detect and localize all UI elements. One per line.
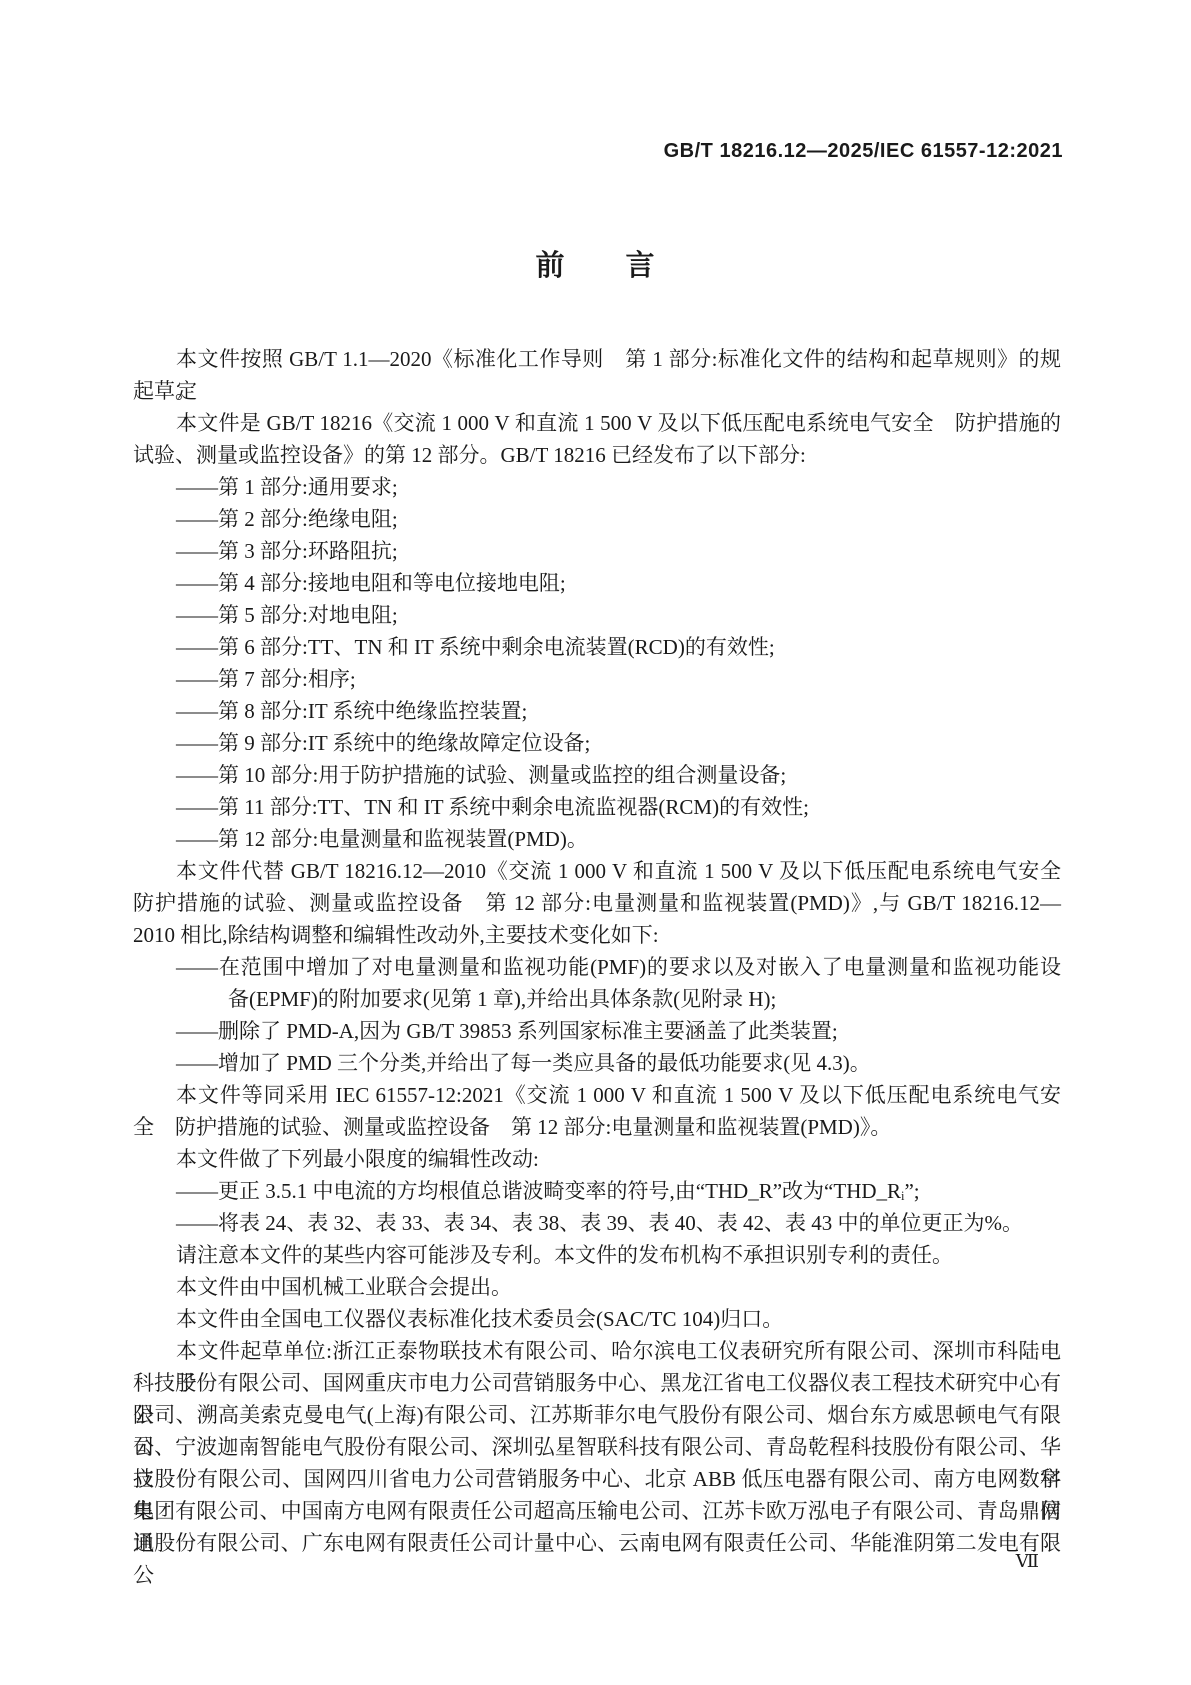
- page-number: Ⅶ: [1016, 1551, 1039, 1572]
- text-line: ——第 6 部分:TT、TN 和 IT 系统中剩余电流装置(RCD)的有效性;: [133, 631, 1061, 663]
- document-page: GB/T 18216.12—2025/IEC 61557-12:2021 前 言…: [0, 0, 1191, 1685]
- text-line: ——第 10 部分:用于防护措施的试验、测量或监控的组合测量设备;: [133, 759, 1061, 791]
- text-line: 本文件由全国电工仪器仪表标准化技术委员会(SAC/TC 104)归口。: [133, 1303, 1061, 1335]
- text-line: 本文件代替 GB/T 18216.12—2010《交流 1 000 V 和直流 …: [133, 855, 1061, 887]
- text-line: ——第 12 部分:电量测量和监视装置(PMD)。: [133, 823, 1061, 855]
- text-line: ——第 5 部分:对地电阻;: [133, 599, 1061, 631]
- text-line: 本文件由中国机械工业联合会提出。: [133, 1271, 1061, 1303]
- text-line: 讯股份有限公司、广东电网有限责任公司计量中心、云南电网有限责任公司、华能淮阴第二…: [133, 1527, 1061, 1559]
- text-line: 全 防护措施的试验、测量或监控设备 第 12 部分:电量测量和监视装置(PMD)…: [133, 1111, 1061, 1143]
- standard-number-header: GB/T 18216.12—2025/IEC 61557-12:2021: [664, 140, 1063, 163]
- text-line: ——第 9 部分:IT 系统中的绝缘故障定位设备;: [133, 727, 1061, 759]
- text-line: 防护措施的试验、测量或监控设备 第 12 部分:电量测量和监视装置(PMD)》,…: [133, 887, 1061, 919]
- text-line: 公司、溯高美索克曼电气(上海)有限公司、江苏斯菲尔电气股份有限公司、烟台东方威思…: [133, 1399, 1061, 1431]
- text-line: 本文件等同采用 IEC 61557-12:2021《交流 1 000 V 和直流…: [133, 1079, 1061, 1111]
- page-title: 前 言: [0, 243, 1191, 284]
- text-line: 集团有限公司、中国南方电网有限责任公司超高压输电公司、江苏卡欧万泓电子有限公司、…: [133, 1495, 1061, 1527]
- text-line: ——第 2 部分:绝缘电阻;: [133, 503, 1061, 535]
- text-line: ——第 8 部分:IT 系统中绝缘监控装置;: [133, 695, 1061, 727]
- text-line: 2010 相比,除结构调整和编辑性改动外,主要技术变化如下:: [133, 919, 1061, 951]
- text-line: 试验、测量或监控设备》的第 12 部分。GB/T 18216 已经发布了以下部分…: [133, 439, 1061, 471]
- text-line: 本文件是 GB/T 18216《交流 1 000 V 和直流 1 500 V 及…: [133, 407, 1061, 439]
- text-line: 起草。: [133, 375, 1061, 407]
- text-line: ——增加了 PMD 三个分类,并给出了每一类应具备的最低功能要求(见 4.3)。: [133, 1047, 1061, 1079]
- text-line: ——第 11 部分:TT、TN 和 IT 系统中剩余电流监视器(RCM)的有效性…: [133, 791, 1061, 823]
- text-line: ——第 7 部分:相序;: [133, 663, 1061, 695]
- text-line: ——第 1 部分:通用要求;: [133, 471, 1061, 503]
- text-line: 本文件起草单位:浙江正泰物联技术有限公司、哈尔滨电工仪表研究所有限公司、深圳市科…: [133, 1335, 1061, 1367]
- text-line: 本文件做了下列最小限度的编辑性改动:: [133, 1143, 1061, 1175]
- foreword-body: 本文件按照 GB/T 1.1—2020《标准化工作导则 第 1 部分:标准化文件…: [133, 343, 1061, 1559]
- text-line: ——在范围中增加了对电量测量和监视功能(PMF)的要求以及对嵌入了电量测量和监视…: [133, 951, 1061, 983]
- text-line: 技股份有限公司、国网四川省电力公司营销服务中心、北京 ABB 低压电器有限公司、…: [133, 1463, 1061, 1495]
- text-line: 请注意本文件的某些内容可能涉及专利。本文件的发布机构不承担识别专利的责任。: [133, 1239, 1061, 1271]
- text-line: ——将表 24、表 32、表 33、表 34、表 38、表 39、表 40、表 …: [133, 1207, 1061, 1239]
- text-line: ——第 3 部分:环路阻抗;: [133, 535, 1061, 567]
- text-line: 备(EPMF)的附加要求(见第 1 章),并给出具体条款(见附录 H);: [133, 983, 1061, 1015]
- text-line: 本文件按照 GB/T 1.1—2020《标准化工作导则 第 1 部分:标准化文件…: [133, 343, 1061, 375]
- text-line: 科技股份有限公司、国网重庆市电力公司营销服务中心、黑龙江省电工仪器仪表工程技术研…: [133, 1367, 1061, 1399]
- text-line: ——更正 3.5.1 中电流的方均根值总谐波畸变率的符号,由“THD_R”改为“…: [133, 1175, 1061, 1207]
- text-line: 司、宁波迦南智能电气股份有限公司、深圳弘星智联科技有限公司、青岛乾程科技股份有限…: [133, 1431, 1061, 1463]
- text-line: ——第 4 部分:接地电阻和等电位接地电阻;: [133, 567, 1061, 599]
- text-line: ——删除了 PMD-A,因为 GB/T 39853 系列国家标准主要涵盖了此类装…: [133, 1015, 1061, 1047]
